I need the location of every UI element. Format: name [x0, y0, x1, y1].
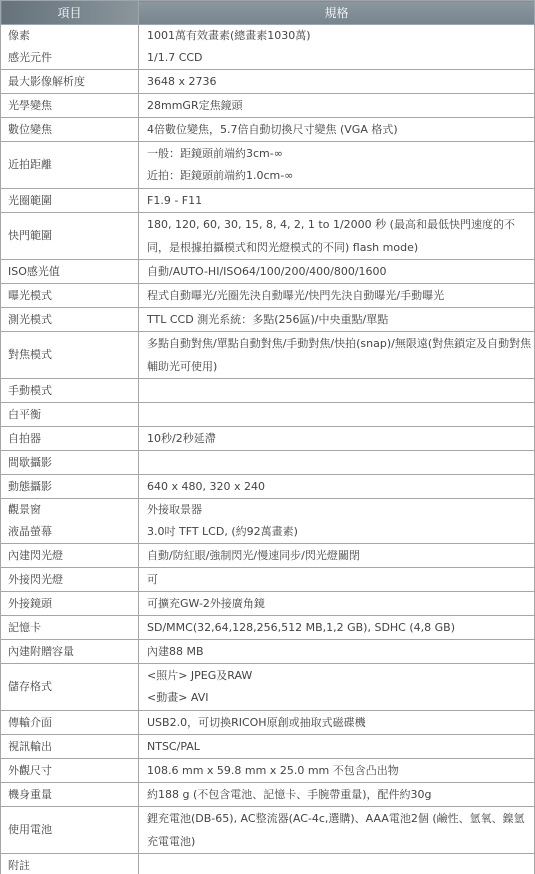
row-value: 1001萬有效畫素(總畫素1030萬) [139, 25, 535, 48]
row-value: 可 [139, 568, 535, 592]
table-row: 傳輸介面 USB2.0，可切換RICOH原創或抽取式磁碟機 [1, 711, 535, 735]
table-row: 近拍距離 一般：距鏡頭前端約3cm-∞ 近拍：距鏡頭前端約1.0cm-∞ [1, 142, 535, 189]
table-row: 內建附贈容量 內建88 MB [1, 640, 535, 664]
table-row: 動態攝影 640 x 480, 320 x 240 [1, 475, 535, 499]
row-value [139, 379, 535, 403]
row-value: 180, 120, 60, 30, 15, 8, 4, 2, 1 to 1/20… [139, 213, 535, 260]
table-row: 白平衡 [1, 403, 535, 427]
row-value: 自動/AUTO-HI/ISO64/100/200/400/800/1600 [139, 260, 535, 284]
row-value: 1/1.7 CCD [139, 47, 535, 70]
row-label: 外觀尺寸 [1, 759, 139, 783]
row-label: 光學變焦 [1, 94, 139, 118]
row-value: 約188 g (不包含電池、記憶卡、手腕帶重量)，配件約30g [139, 783, 535, 807]
row-value: F1.9 - F11 [139, 189, 535, 213]
row-value-text: 鋰充電池(DB-65), AC整流器(AC-4c,選購)、AAA電池2個 (鹼性… [147, 807, 534, 853]
row-label: 內建閃光燈 [1, 544, 139, 568]
row-label: 最大影像解析度 [1, 70, 139, 94]
row-value: 外接取景器 [139, 499, 535, 522]
table-row: 機身重量 約188 g (不包含電池、記憶卡、手腕帶重量)，配件約30g [1, 783, 535, 807]
row-label: 對焦模式 [1, 332, 139, 379]
row-label: ISO感光值 [1, 260, 139, 284]
row-label: 傳輸介面 [1, 711, 139, 735]
table-row: 使用電池 鋰充電池(DB-65), AC整流器(AC-4c,選購)、AAA電池2… [1, 807, 535, 854]
table-row: 外接鏡頭 可擴充GW-2外接廣角鏡 [1, 592, 535, 616]
column-header-item: 項目 [1, 1, 139, 25]
column-header-spec: 規格 [139, 1, 535, 25]
table-row: 內建閃光燈 自動/防紅眼/強制閃光/慢速同步/閃光燈關閉 [1, 544, 535, 568]
table-row: 感光元件 1/1.7 CCD [1, 47, 535, 70]
table-row: 外接閃光燈 可 [1, 568, 535, 592]
row-value: USB2.0，可切換RICOH原創或抽取式磁碟機 [139, 711, 535, 735]
row-label: 光圈範圍 [1, 189, 139, 213]
row-label: 使用電池 [1, 807, 139, 854]
row-value: 28mmGR定焦鏡頭 [139, 94, 535, 118]
row-value: 3.0吋 TFT LCD, (約92萬畫素) [139, 521, 535, 544]
row-label: 外接閃光燈 [1, 568, 139, 592]
row-label: 曝光模式 [1, 284, 139, 308]
row-label: 視訊輸出 [1, 735, 139, 759]
table-row: 最大影像解析度 3648 x 2736 [1, 70, 535, 94]
row-value-line: <動畫> AVI [147, 687, 534, 709]
table-row: 光學變焦 28mmGR定焦鏡頭 [1, 94, 535, 118]
row-label: 近拍距離 [1, 142, 139, 189]
row-label: 液晶螢幕 [1, 521, 139, 544]
row-value: NTSC/PAL [139, 735, 535, 759]
row-label: 記憶卡 [1, 616, 139, 640]
row-value: 鋰充電池(DB-65), AC整流器(AC-4c,選購)、AAA電池2個 (鹼性… [139, 807, 535, 854]
row-label: 白平衡 [1, 403, 139, 427]
row-value: 640 x 480, 320 x 240 [139, 475, 535, 499]
row-value: 一般：距鏡頭前端約3cm-∞ 近拍：距鏡頭前端約1.0cm-∞ [139, 142, 535, 189]
row-value: 內建88 MB [139, 640, 535, 664]
row-value: 可擴充GW-2外接廣角鏡 [139, 592, 535, 616]
row-value [139, 403, 535, 427]
row-value: 3648 x 2736 [139, 70, 535, 94]
table-row: 附註 [1, 854, 535, 874]
row-value-line: <照片> JPEG及RAW [147, 665, 534, 687]
table-row: 光圈範圍 F1.9 - F11 [1, 189, 535, 213]
row-value: 多點自動對焦/單點自動對焦/手動對焦/快拍(snap)/無限遠(對焦鎖定及自動對… [139, 332, 535, 379]
table-row: 記憶卡 SD/MMC(32,64,128,256,512 MB,1,2 GB),… [1, 616, 535, 640]
table-row: 對焦模式 多點自動對焦/單點自動對焦/手動對焦/快拍(snap)/無限遠(對焦鎖… [1, 332, 535, 379]
row-value: 10秒/2秒延滯 [139, 427, 535, 451]
row-value: 4倍數位變焦，5.7倍自動切換尺寸變焦 (VGA 格式) [139, 118, 535, 142]
row-value: SD/MMC(32,64,128,256,512 MB,1,2 GB), SDH… [139, 616, 535, 640]
row-value: 程式自動曝光/光圈先決自動曝光/快門先決自動曝光/手動曝光 [139, 284, 535, 308]
table-row: 觀景窗 外接取景器 [1, 499, 535, 522]
table-row: 間歇攝影 [1, 451, 535, 475]
table-row: 儲存格式 <照片> JPEG及RAW <動畫> AVI [1, 664, 535, 711]
table-row: 自拍器 10秒/2秒延滯 [1, 427, 535, 451]
table-row: 視訊輸出 NTSC/PAL [1, 735, 535, 759]
table-header-row: 項目 規格 [1, 1, 535, 25]
table-row: ISO感光值 自動/AUTO-HI/ISO64/100/200/400/800/… [1, 260, 535, 284]
row-label: 自拍器 [1, 427, 139, 451]
row-value: TTL CCD 測光系統：多點(256區)/中央重點/單點 [139, 308, 535, 332]
row-value-text: 多點自動對焦/單點自動對焦/手動對焦/快拍(snap)/無限遠(對焦鎖定及自動對… [147, 332, 534, 378]
row-label: 附註 [1, 854, 139, 874]
row-value [139, 854, 535, 874]
table-row: 液晶螢幕 3.0吋 TFT LCD, (約92萬畫素) [1, 521, 535, 544]
row-value: 自動/防紅眼/強制閃光/慢速同步/閃光燈關閉 [139, 544, 535, 568]
table-row: 測光模式 TTL CCD 測光系統：多點(256區)/中央重點/單點 [1, 308, 535, 332]
row-label: 手動模式 [1, 379, 139, 403]
row-label: 外接鏡頭 [1, 592, 139, 616]
row-value: 108.6 mm x 59.8 mm x 25.0 mm 不包含凸出物 [139, 759, 535, 783]
row-value-line: 一般：距鏡頭前端約3cm-∞ [147, 143, 534, 165]
table-row: 曝光模式 程式自動曝光/光圈先決自動曝光/快門先決自動曝光/手動曝光 [1, 284, 535, 308]
row-value: <照片> JPEG及RAW <動畫> AVI [139, 664, 535, 711]
row-value-line: 近拍：距鏡頭前端約1.0cm-∞ [147, 165, 534, 187]
row-label: 觀景窗 [1, 499, 139, 522]
row-label: 內建附贈容量 [1, 640, 139, 664]
row-label: 動態攝影 [1, 475, 139, 499]
table-row: 數位變焦 4倍數位變焦，5.7倍自動切換尺寸變焦 (VGA 格式) [1, 118, 535, 142]
row-value [139, 451, 535, 475]
row-label: 數位變焦 [1, 118, 139, 142]
row-label: 儲存格式 [1, 664, 139, 711]
row-label: 感光元件 [1, 47, 139, 70]
table-row: 外觀尺寸 108.6 mm x 59.8 mm x 25.0 mm 不包含凸出物 [1, 759, 535, 783]
row-label: 像素 [1, 25, 139, 48]
table-row: 快門範圍 180, 120, 60, 30, 15, 8, 4, 2, 1 to… [1, 213, 535, 260]
row-label: 間歇攝影 [1, 451, 139, 475]
row-label: 快門範圍 [1, 213, 139, 260]
row-label: 測光模式 [1, 308, 139, 332]
table-row: 像素 1001萬有效畫素(總畫素1030萬) [1, 25, 535, 48]
row-label: 機身重量 [1, 783, 139, 807]
row-value-text: 180, 120, 60, 30, 15, 8, 4, 2, 1 to 1/20… [147, 213, 534, 259]
spec-table: 項目 規格 像素 1001萬有效畫素(總畫素1030萬) 感光元件 1/1.7 … [0, 0, 535, 874]
table-row: 手動模式 [1, 379, 535, 403]
